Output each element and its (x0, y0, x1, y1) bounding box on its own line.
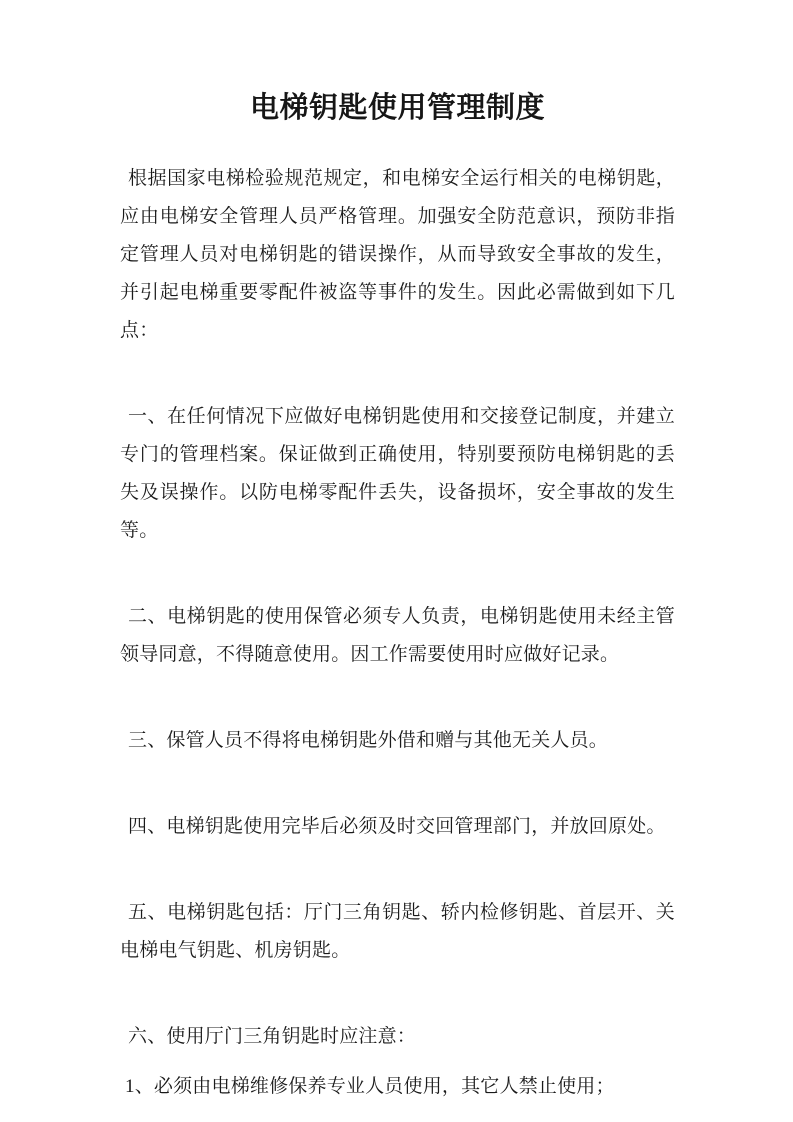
document-title: 电梯钥匙使用管理制度 (120, 0, 675, 128)
document-content: 电梯钥匙使用管理制度 根据国家电梯检验规范规定，和电梯安全运行相关的电梯钥匙，应… (0, 0, 793, 1106)
item-5-paragraph: 五、电梯钥匙包括：厅门三角钥匙、轿内检修钥匙、首层开、关电梯电气钥匙、机房钥匙。 (120, 894, 675, 970)
item-6-subitem-1-paragraph: 1、必须由电梯维修保养专业人员使用，其它人禁止使用； (120, 1068, 675, 1106)
item-4-paragraph: 四、电梯钥匙使用完毕后必须及时交回管理部门，并放回原处。 (120, 808, 675, 846)
document-page: 电梯钥匙使用管理制度 根据国家电梯检验规范规定，和电梯安全运行相关的电梯钥匙，应… (0, 0, 793, 1122)
item-6-heading: 六、使用厅门三角钥匙时应注意： (120, 1018, 675, 1056)
item-2-paragraph: 二、电梯钥匙的使用保管必须专人负责，电梯钥匙使用未经主管领导同意，不得随意使用。… (120, 598, 675, 674)
item-1-paragraph: 一、在任何情况下应做好电梯钥匙使用和交接登记制度，并建立专门的管理档案。保证做到… (120, 398, 675, 550)
item-3-paragraph: 三、保管人员不得将电梯钥匙外借和赠与其他无关人员。 (120, 722, 675, 760)
intro-paragraph: 根据国家电梯检验规范规定，和电梯安全运行相关的电梯钥匙，应由电梯安全管理人员严格… (120, 160, 675, 350)
